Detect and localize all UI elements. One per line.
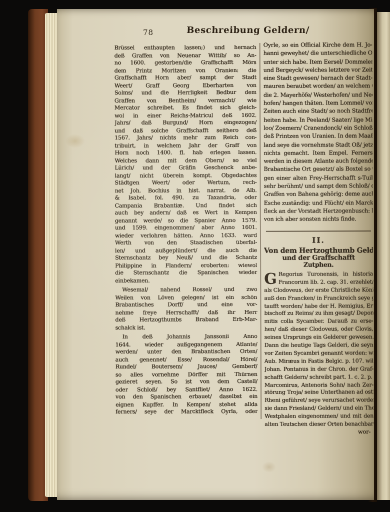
paragraph: Wesemal/ nahend Rossel/ und zwoWeilen vo… (115, 287, 257, 332)
page-header: 78 Beschreibung Geldern/ (115, 26, 373, 38)
text-line: Brabantisches Dorff/ und eine vor- (115, 302, 257, 310)
text-line: Zutphen. (264, 262, 373, 269)
section-body-text: Regorius Turonensis, in historiaFrancoru… (264, 272, 374, 430)
right-column: Oyrle, so ein Official Kirche dem H. Jo-… (263, 42, 373, 437)
paragraph: Oyrle, so ein Official Kirche dem H. Jo-… (263, 42, 373, 225)
text-line: Jahrs/ daß Burgund/ Horn eingezogen/ (115, 120, 257, 128)
text-line: als Clodoveus, der erste Christliche Kön… (264, 287, 373, 295)
text-line: unter sich habe. Item Eersel/ Dommelen/ (263, 58, 372, 67)
text-line: von ich aber sonsten nichts finde. (264, 216, 373, 225)
text-line: Aub. Miræus in Fastis Belgic. p. 107. wi… (264, 358, 373, 366)
text-line: Werth von den Staadischen überfal- (115, 240, 257, 248)
text-line: Brabantische Ort gesetzt/ als Boxtel so … (264, 166, 373, 175)
text-line: auch bey andern/ daß es Wert in Kempen (115, 210, 257, 218)
text-line: In deß Johannis Janssonii Anno (115, 334, 257, 342)
text-line: hanni geweyhet/ die unterschiedliche Ort… (263, 50, 372, 59)
drop-cap-initial: G (264, 272, 278, 287)
text-line: Brüssel enthaupten lassen;) und hernach (114, 45, 256, 53)
text-line: deß Printzen von Uranien. In dem Maaß- (264, 133, 373, 142)
text-line: Städtgen Weert/ oder Wertum, rech- (115, 180, 257, 188)
text-line: land seye die vornehmste Stadt Oß/ jetzt… (264, 141, 373, 150)
text-line: Solms/ und die Herrligkeit Bedbur dem (114, 90, 256, 98)
paragraph: Regorius Turonensis, in historiaFrancoru… (264, 272, 374, 430)
section-number: II. (264, 235, 373, 244)
section-divider-rule (266, 230, 371, 231)
text-line: Rundel/ Boutersem/ Jauces/ Gemberf/ (115, 364, 257, 372)
text-line: Sternschantz bey Neuß/ und die Schantz (115, 255, 257, 263)
text-line: Francorum lib. 2. cap. 31. erzehlet/ (278, 279, 373, 287)
text-line: die Sternschantz die Spanischen wieder (115, 270, 257, 278)
text-line: fleck an der Vorstadt Hertzogenbusch: Da… (264, 207, 373, 216)
text-line: Graffen von Bahena gehörig: deme auch (264, 191, 373, 200)
right-column-top-text: Oyrle, so ein Official Kirche dem H. Jo-… (263, 42, 373, 225)
running-title: Beschreibung Geldern/ (115, 26, 381, 36)
text-line: Johan. Pontanus in der Chron. der Graf- (264, 366, 373, 374)
book-page: 78 Beschreibung Geldern/ Brüssel enthaup… (57, 9, 374, 500)
text-line: Esche zuständig: und Flücht/ ein Marckt- (264, 199, 373, 208)
paragraph: In deß Johannis Janssonii Anno1644. wied… (115, 334, 257, 417)
text-line: no 1600. gestorben/die Graffschafft Mörs (114, 60, 256, 68)
column-divider-rule (259, 43, 261, 419)
text-line: Von dem Hertzogthumb Geldern/ (264, 246, 373, 254)
text-line: Regorius Turonensis, in historia (278, 272, 373, 280)
section-body: G Regorius Turonensis, in historiaFranco… (264, 272, 374, 430)
facing-page-sliver (376, 12, 390, 500)
left-column: Brüssel enthaupten lassen;) und hernachd… (114, 42, 257, 437)
text-line: von den Spanischen erbauet/ daselbst ein (116, 394, 258, 402)
text-line: Horn noch 1400. fl. hab erlegen lassen. (115, 150, 257, 158)
text-line: werden/ unter den Brabantischen Orten/ (115, 349, 257, 357)
section-heading: Von dem Hertzogthumb Geldern/und der Gra… (264, 246, 373, 269)
text-columns: Brüssel enthaupten lassen;) und hernachd… (114, 42, 374, 438)
text-line: schafft Geldern/ schreibt part. 1. c. 2.… (264, 374, 373, 382)
text-line: Wesemal/ nahend Rossel/ und zwo (115, 287, 257, 295)
text-line: Mercator schreibet. Es findet sich gleic… (115, 105, 257, 113)
book-scan-photo: 78 Beschreibung Geldern/ Brüssel enthaup… (0, 0, 390, 512)
text-line: Zeiten auch eine Stadt/ so noch Stadtfre… (264, 108, 373, 117)
text-line: deß Hertzogthumbs Braband Erb-Mar- (115, 317, 257, 325)
text-line: auß den Francken/ in Franckreich seye ge… (264, 295, 373, 303)
text-line: Lürich/ und der Gräfin Geschenck anbe- (115, 165, 257, 173)
paragraph: Brüssel enthaupten lassen;) und hernachd… (114, 45, 257, 285)
text-line: & Isabel. fol. 490. zu Taxandria, oder (115, 195, 257, 203)
text-line: gezieret seyen. So ist von dem Castell/ (115, 379, 257, 387)
catchword: wor- (265, 429, 374, 436)
text-line: vor Zeiten Sycambri genannt worden: wie (264, 350, 373, 358)
text-line: und 1599. eingenommen/ aber Anno 1601. (115, 225, 257, 233)
text-line: mauren beraubet worden/ an welchem Ort (263, 83, 372, 92)
text-line: einbekamen. (115, 277, 257, 285)
text-line: alten Teutschen dieser Orten benachbart (265, 422, 374, 430)
text-line: Graffschafft Horn aber/ sampt der Stadt (114, 75, 256, 83)
text-line: schalck ist. (115, 324, 257, 332)
text-line: ferners/ seye der Marcktfleck Oyrla, ode… (116, 409, 258, 417)
text-line: 1567. Jahrs/ nichts mehr zum Reich con- (115, 135, 257, 143)
